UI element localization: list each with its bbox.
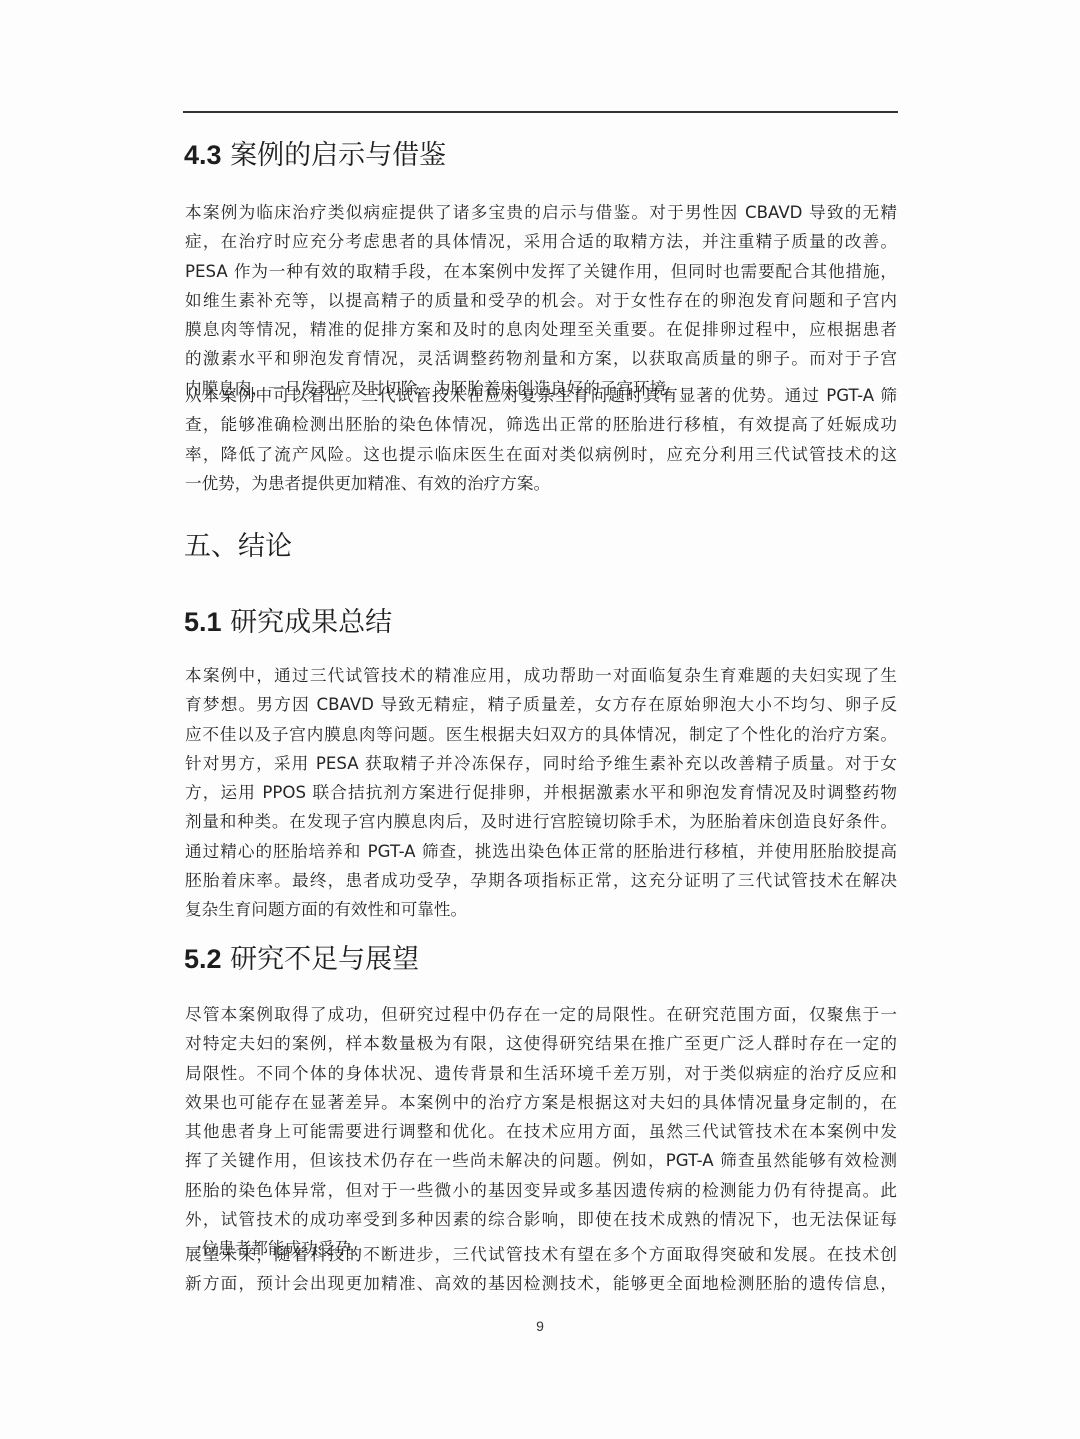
paragraph-4-3-1: 本案例为临床治疗类似病症提供了诸多宝贵的启示与借鉴。对于男性因 CBAVD 导致… — [185, 198, 897, 403]
text-line: 剂量和种类。在发现子宫内膜息肉后，及时进行宫腔镜切除手术，为胚胎着床创造良好条件… — [185, 807, 897, 836]
paragraph-5-2-1: 尽管本案例取得了成功，但研究过程中仍存在一定的局限性。在研究范围方面，仅聚焦于一… — [185, 1000, 897, 1264]
text-line: 对特定夫妇的案例，样本数量极为有限，这使得研究结果在推广至更广泛人群时存在一定的 — [185, 1029, 897, 1058]
text-line: 如维生素补充等，以提高精子的质量和受孕的机会。对于女性存在的卵泡发育问题和子宫内 — [185, 286, 897, 315]
text-line: 本案例中，通过三代试管技术的精准应用，成功帮助一对面临复杂生育难题的夫妇实现了生 — [185, 661, 897, 690]
page-number: 9 — [0, 1318, 1080, 1334]
text-line: 局限性。不同个体的身体状况、遗传背景和生活环境千差万别，对于类似病症的治疗反应和 — [185, 1059, 897, 1088]
text-line: 复杂生育问题方面的有效性和可靠性。 — [185, 895, 897, 924]
paragraph-5-2-2: 展望未来，随着科技的不断进步，三代试管技术有望在多个方面取得突破和发展。在技术创… — [185, 1240, 897, 1299]
text-line: 针对男方，采用 PESA 获取精子并冷冻保存，同时给予维生素补充以改善精子质量。… — [185, 749, 897, 778]
section-heading-5-1: 5.1 研究成果总结 — [184, 600, 392, 639]
text-line: 效果也可能存在显著差异。本案例中的治疗方案是根据这对夫妇的具体情况量身定制的，在 — [185, 1088, 897, 1117]
chapter-title: 五、结论 — [184, 531, 292, 562]
text-line: 胚胎的染色体异常，但对于一些微小的基因变异或多基因遗传病的检测能力仍有待提高。此 — [185, 1176, 897, 1205]
text-line: PESA 作为一种有效的取精手段，在本案例中发挥了关键作用，但同时也需要配合其他… — [185, 257, 897, 286]
header-rule — [183, 111, 898, 113]
section-number: 5.1 — [184, 607, 222, 637]
text-line: 率，降低了流产风险。这也提示临床医生在面对类似病例时，应充分利用三代试管技术的这 — [185, 440, 897, 469]
text-line: 的激素水平和卵泡发育情况，灵活调整药物剂量和方案，以获取高质量的卵子。而对于子宫 — [185, 344, 897, 373]
text-line: 新方面，预计会出现更加精准、高效的基因检测技术，能够更全面地检测胚胎的遗传信息， — [185, 1269, 897, 1298]
text-line: 本案例为临床治疗类似病症提供了诸多宝贵的启示与借鉴。对于男性因 CBAVD 导致… — [185, 198, 897, 227]
text-line: 外，试管技术的成功率受到多种因素的综合影响，即使在技术成熟的情况下，也无法保证每 — [185, 1205, 897, 1234]
section-title: 研究成果总结 — [230, 607, 392, 638]
text-line: 通过精心的胚胎培养和 PGT-A 筛查，挑选出染色体正常的胚胎进行移植，并使用胚… — [185, 837, 897, 866]
text-line: 症，在治疗时应充分考虑患者的具体情况，采用合适的取精方法，并注重精子质量的改善。 — [185, 227, 897, 256]
text-line: 一优势，为患者提供更加精准、有效的治疗方案。 — [185, 469, 897, 498]
section-number: 4.3 — [184, 140, 222, 170]
section-title: 研究不足与展望 — [230, 944, 419, 975]
section-heading-5-2: 5.2 研究不足与展望 — [184, 937, 419, 976]
section-heading-4-3: 4.3 案例的启示与借鉴 — [184, 133, 446, 172]
paragraph-5-1: 本案例中，通过三代试管技术的精准应用，成功帮助一对面临复杂生育难题的夫妇实现了生… — [185, 661, 897, 925]
text-line: 应不佳以及子宫内膜息肉等问题。医生根据夫妇双方的具体情况，制定了个性化的治疗方案… — [185, 720, 897, 749]
text-line: 膜息肉等情况，精准的促排方案和及时的息肉处理至关重要。在促排卵过程中，应根据患者 — [185, 315, 897, 344]
paragraph-4-3-2: 从本案例中可以看出，三代试管技术在应对复杂生育问题时具有显著的优势。通过 PGT… — [185, 381, 897, 498]
text-line: 展望未来，随着科技的不断进步，三代试管技术有望在多个方面取得突破和发展。在技术创 — [185, 1240, 897, 1269]
text-line: 查，能够准确检测出胚胎的染色体情况，筛选出正常的胚胎进行移植，有效提高了妊娠成功 — [185, 410, 897, 439]
document-page: 4.3 案例的启示与借鉴 本案例为临床治疗类似病症提供了诸多宝贵的启示与借鉴。对… — [0, 0, 1080, 1439]
section-title: 案例的启示与借鉴 — [230, 140, 446, 171]
text-line: 尽管本案例取得了成功，但研究过程中仍存在一定的局限性。在研究范围方面，仅聚焦于一 — [185, 1000, 897, 1029]
chapter-heading-5: 五、结论 — [184, 524, 292, 563]
text-line: 胚胎着床率。最终，患者成功受孕，孕期各项指标正常，这充分证明了三代试管技术在解决 — [185, 866, 897, 895]
text-line: 挥了关键作用，但该技术仍存在一些尚未解决的问题。例如，PGT-A 筛查虽然能够有… — [185, 1146, 897, 1175]
text-line: 育梦想。男方因 CBAVD 导致无精症，精子质量差，女方存在原始卵泡大小不均匀、… — [185, 690, 897, 719]
text-line: 方，运用 PPOS 联合拮抗剂方案进行促排卵，并根据激素水平和卵泡发育情况及时调… — [185, 778, 897, 807]
text-line: 其他患者身上可能需要进行调整和优化。在技术应用方面，虽然三代试管技术在本案例中发 — [185, 1117, 897, 1146]
section-number: 5.2 — [184, 944, 222, 974]
text-line: 从本案例中可以看出，三代试管技术在应对复杂生育问题时具有显著的优势。通过 PGT… — [185, 381, 897, 410]
